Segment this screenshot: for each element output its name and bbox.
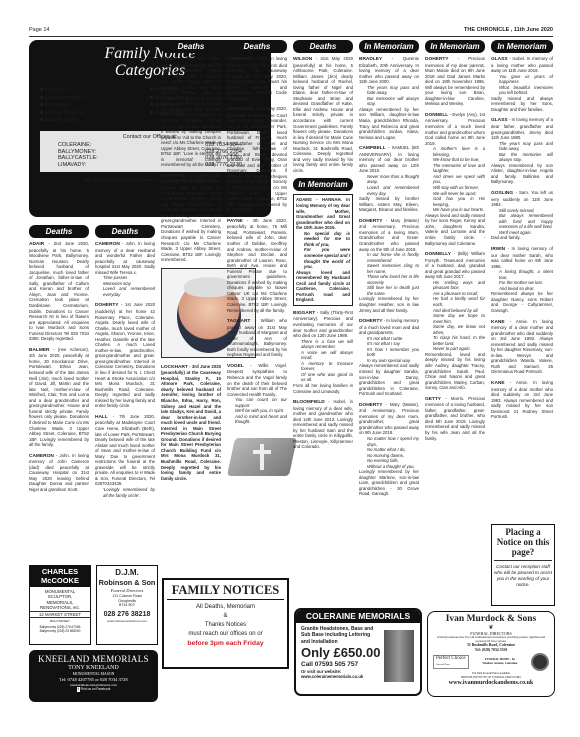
family-notices-line: All Deaths, Memoriam: [167, 603, 284, 612]
notice-text: - 3rd June 2020 (peacefully) at the Caus…: [161, 364, 221, 481]
murdock-website[interactable]: www.ivanmurdockandsons.co.uk: [430, 679, 552, 687]
notice: DOHERTY - Mary (Maisie) 2nd Anniversary.…: [359, 218, 419, 313]
notice-name: HALL: [95, 415, 108, 420]
section-header-deaths: Deaths: [29, 225, 89, 238]
notice-verse: 'Lovingly remembered by all the family c…: [95, 487, 155, 498]
notice: BIGGART - Sally (Thirty-First Anniversar…: [293, 310, 353, 394]
djm-subtitle: Robinson & Son: [97, 578, 157, 587]
adams-memoriam-box: ADAMS - HANNAH. In loving Memory of my d…: [293, 194, 353, 305]
notice-name: BRADLEY: [359, 57, 382, 62]
section-header-deaths: Deaths: [293, 40, 353, 53]
notice-name: ADAMS - HANNAH.: [296, 197, 342, 202]
murdock-title: Ivan Murdock & Sons: [430, 614, 552, 625]
notice: DOHERTY - Precious memories of my dear p…: [425, 56, 485, 107]
notice-text: - Isobel, in loving memory of a dear wif…: [293, 399, 353, 449]
notice-verse: Loved and remembered every day.: [359, 185, 419, 196]
notice-name: ADAIR: [29, 242, 44, 247]
notice: CAMERON - John. In loving memory of John…: [227, 56, 287, 101]
notice-text: - 6th June 2020, peacefully at home, 2a …: [161, 56, 221, 167]
notice-close: Remembered, loved and deeply missed by h…: [425, 352, 485, 390]
notice-name: TAGGART: [227, 319, 250, 324]
notice: LOCKHART - 3rd June 2020 (peacefully) at…: [161, 364, 221, 481]
coleraine-memorials-title: COLERAINE MEMORIALS: [296, 610, 420, 623]
notice: CAMPBELL - SAMUEL (5th ANNIVERSARY). In …: [359, 145, 419, 213]
bifd-crest-icon: [531, 653, 549, 671]
notice-name: CAMERON: [227, 57, 252, 62]
family-notices-body: All Deaths, Memoriam&Thanks Noticesmust …: [167, 600, 284, 639]
notice-name: BALMER: [29, 348, 50, 353]
notice-text: - 1st June 2020 (suddenly) at her home 4…: [95, 302, 155, 408]
notice: GOSLING - Sam. You left us very suddenly…: [491, 190, 553, 241]
notice-verse: God has you in His keeping,: [425, 196, 485, 207]
notice-text: - William who passed away on 31st May 20…: [227, 318, 287, 357]
notice-close: Always remembered and sadly missed by he…: [491, 336, 553, 374]
notice: DONNELL - Evelyn (Avy), 1st Anniversary.…: [425, 112, 485, 246]
notice-name: CAMERON: [29, 454, 54, 459]
notice-text: - 4th June 2020, peacefully at home, 75 …: [227, 218, 287, 313]
mccooke-address: 12 MARKET STREET: [30, 611, 90, 618]
notice-close: Sadly missed by brother William, sisters…: [359, 196, 419, 212]
notice-name: DOHERTY: [95, 303, 118, 308]
murdock-mid-row: Perfect ChoiceFuneral Plans FUNERAL HOME…: [430, 652, 552, 672]
notice-verse: But the memories will always stay.: [491, 152, 553, 163]
notice-text: - 31st May 2020, peacefully at Madelayne…: [227, 106, 287, 212]
notice-text: - John. In loving memory of John Cameron…: [227, 56, 287, 101]
deaths-column-1: Deaths ADAIR - 2nd June 2020, peacefully…: [29, 225, 89, 498]
notice: VOGEL - Willis Vogel. Deepest sympathies…: [227, 363, 287, 425]
kneeland-memorials-ad: KNEELAND MEMORIALS TONY KNEELAND MONUMEN…: [29, 650, 158, 702]
djm-website[interactable]: www.robinsonsofculcrum.com: [97, 619, 157, 623]
mccooke-line: RENOVATIONS, etc.: [30, 605, 90, 610]
memoriam-column-8: In Memoriam GLASS - Isobel. In memory of…: [491, 40, 553, 425]
notice-close: Always remembered by son Alister, daught…: [491, 163, 553, 185]
coleraine-memorials-ad: COLERAINE MEMORIALS Granite Headstones, …: [294, 608, 422, 696]
notice-verse: No special day is needed for me to think…: [296, 231, 350, 248]
notice-verse: A mother's love is a blessing,: [425, 146, 485, 157]
notice-name: DONNELLY: [425, 252, 451, 257]
category-item: Anniversary: [40, 87, 150, 95]
section-header-deaths: Deaths: [161, 40, 221, 53]
notice-verse: In our home she is fondly remembered: [359, 252, 419, 263]
notice-verse: Never more than a thought away,: [359, 174, 419, 185]
ivan-murdock-ad: Ivan Murdock & Sons ❦ FUNERAL DIRECTORS …: [427, 611, 555, 697]
notice-verse: Sweet memories cling to her name,: [359, 263, 419, 274]
memoriam-column-6: In Memoriam BRADLEY - Queenie Elizabeth,…: [359, 40, 419, 502]
office-town: BALLYMONEY:: [58, 149, 96, 156]
bible-icon: [227, 430, 297, 480]
notice-close: Always remembered by her son William, da…: [359, 107, 419, 140]
notice: DOHERTY - In loving memory of a much lov…: [359, 318, 419, 397]
headstone-image: [384, 630, 414, 682]
facebook-label: Find us on Facebook: [81, 687, 111, 691]
notice-verse: Of one who was good to us all.: [293, 372, 353, 383]
placing-notice-box: Placing a Notice on this page? Contact o…: [491, 524, 555, 606]
notice-text: - 2nd June 2020, peacefully at hospital,…: [161, 173, 221, 262]
office-town: COLERAINE:: [58, 142, 91, 149]
notice-verse: There is a face we will always remember,: [293, 339, 353, 350]
notice: CAMERON - John. In loving memory of a de…: [95, 241, 155, 297]
notice-close: Remembered always be her daughter Nancy,…: [491, 291, 553, 313]
notice-name: KERSHAW: [161, 174, 186, 179]
facebook-link[interactable]: f Find us on Facebook: [29, 687, 158, 692]
notice-close: Always remembered and sadly missed by da…: [359, 363, 419, 396]
notice-name: MORRISON: [227, 107, 253, 112]
deaths-column-3: Deaths KELLY - 6th June 2020, peacefully…: [161, 40, 221, 486]
family-notices-title: FAMILY NOTICES: [167, 583, 284, 600]
notice-verse: Some day we hope to meet him,: [425, 313, 485, 324]
notice: BRADLEY - Queenie Elizabeth, 20th Annive…: [359, 56, 419, 140]
notice-name: GOSLING: [491, 191, 513, 196]
notice: GETTY - Morris. Precious memories of a l…: [425, 396, 485, 441]
notice-verse: You can count on our support: [227, 397, 287, 408]
section-header-deaths: Deaths: [227, 40, 287, 53]
notice: KERSHAW - 2nd June 2020, peacefully at h…: [161, 173, 221, 263]
notice-verse: But always remembered with fond and happ…: [491, 213, 553, 230]
notice-verse: The memories of love and laughter,: [425, 163, 485, 174]
perfect-choice-logo: Perfect ChoiceFuneral Plans: [433, 655, 469, 669]
notice: IRWIN - In loving memory of our dear mot…: [491, 246, 553, 314]
placing-notice-body: Contact our reception staff who will be …: [494, 561, 552, 588]
notice-text: - 2nd June 2020, peacefully at his home,…: [29, 241, 89, 341]
notice-verse: But memories will always stay.: [359, 96, 419, 107]
facebook-icon: f: [77, 687, 80, 692]
category-item: Birth Notice: [40, 102, 150, 110]
notice-verse: Loved and remembered everyday: [95, 286, 155, 297]
notice-verse: For you were someone special and I thoug…: [296, 247, 350, 269]
notice-name: PAYNE: [227, 219, 243, 224]
publication-date: THE CHRONICLE , 11th June 2020: [464, 27, 553, 33]
notice: BALMER - (nee Acheson), 4th June 2020, p…: [29, 347, 89, 448]
notice-name: DONNELL: [425, 113, 448, 118]
notice-verse: Some day, we know not when,: [425, 324, 485, 335]
notice: BLOOMFIELD - Isobel, in loving memory of…: [293, 399, 353, 450]
notice-name: DOHERTY: [359, 403, 382, 408]
notice: PAYNE - 4th June 2020, peacefully at hom…: [227, 218, 287, 313]
section-header-deaths: Deaths: [95, 225, 155, 238]
deadline-text: before 3pm each Friday: [167, 639, 284, 648]
category-item: Birthday Memories: [40, 110, 150, 118]
notice: KELLY - 6th June 2020, peacefully at hom…: [161, 56, 221, 168]
family-notices-deadline-ad: FAMILY NOTICES All Deaths, Memoriam&Than…: [162, 578, 289, 669]
notice-close: Dad and family.: [491, 235, 521, 240]
notice-verse: You gave us years of happiness: [491, 74, 553, 85]
category-item: Engagement Notice: [40, 95, 150, 103]
notice-verse: A loving thought, a silent tear,: [491, 269, 553, 280]
notice-text: In loving Memory of my dear wife, Mother…: [296, 197, 350, 230]
office-town: BALLYCASTLE:: [58, 155, 98, 162]
kneeland-name: TONY KNEELAND: [29, 665, 158, 672]
notice-name: DOHERTY: [359, 319, 382, 324]
notice-verse: A voice we will always recall,: [293, 350, 353, 361]
notice: WILSON - 31st May 2020 (peacefully) at h…: [293, 56, 353, 173]
notice-verse: Still love her in death just the same.: [359, 285, 419, 296]
notice-close: Will always be remembered by your loving…: [425, 85, 485, 107]
section-header-memoriam: In Memoriam: [293, 178, 353, 191]
perfect-choice-sub: Funeral Plans: [436, 662, 466, 668]
deaths-memoriam-column-5: Deaths WILSON - 31st May 2020 (peacefull…: [293, 40, 353, 455]
notice-name: GETTY: [425, 397, 441, 402]
notice-close: Always loved and remembered By Husband C…: [296, 270, 350, 303]
murdock-funeral-home: FUNERAL HOME - 8a Windsor Avenue, Colera…: [480, 658, 520, 666]
notice: DOHERTY - 1st June 2020 (suddenly) at he…: [95, 302, 155, 408]
djm-title: D.J.M.: [97, 566, 157, 578]
notice-close: From all her loving families in Colerain…: [293, 383, 353, 394]
notice-name: GLASS: [491, 57, 508, 62]
family-notices-line: &: [167, 612, 284, 621]
notice-verse: His smiling ways and pleasant face,: [425, 280, 485, 291]
category-item: Birthday Wishes: [40, 117, 150, 125]
notice: KANE - Annie. In loving memory of a dear…: [491, 319, 553, 375]
mccooke-details: MONUMENTALSCULPTOR,MEMORIALS,RENOVATIONS…: [30, 587, 90, 633]
family-notices-line: must reach our offices on or: [167, 630, 284, 639]
page-number: Page 14: [29, 27, 50, 33]
notice-verse: A memory to treasure forever,: [293, 361, 353, 372]
notice-name: KANE: [491, 320, 505, 325]
notice-name: VOGEL: [227, 364, 244, 369]
notice: ADAIR - 2nd June 2020, peacefully at his…: [29, 241, 89, 342]
notice-close: Always loved and sadly missed by her son…: [425, 213, 485, 246]
djm-phone: 028 276 38218: [97, 608, 157, 619]
section-header-memoriam: In Memoriam: [491, 40, 553, 53]
mccooke-ad: CHARLESMcCOOKE MONUMENTALSCULPTOR,MEMORI…: [29, 565, 91, 645]
notice-verse: We'll be with you, in spirit: [227, 408, 287, 414]
notice-name: LOCKHART: [161, 365, 188, 370]
notice-name: KELLY: [161, 57, 176, 62]
notice-name: GLASS: [491, 118, 508, 123]
notice-close: Sadly missed and always remembered by he…: [491, 96, 553, 112]
notice-verse: To clasp his hand, In the better land,: [425, 335, 485, 346]
notice: KANE - Annie. In loving memory of a dear…: [491, 380, 553, 420]
notice-name: IRWIN: [491, 247, 505, 252]
placing-notice-title: Placing a Notice on this page?: [494, 527, 552, 561]
notice: TAGGART - William who passed away on 31s…: [227, 318, 287, 358]
notice-verse: No matter how I spend my days,: [359, 436, 419, 447]
murdock-description: A family business free from all multinat…: [430, 636, 552, 643]
djm-robinson-ad: D.J.M. Robinson & Son Funeral Directors …: [96, 565, 158, 645]
deaths-column-4: Deaths CAMERON - John. In loving memory …: [227, 40, 287, 484]
notice-close: Lovingly remembered by her daughter Heat…: [359, 296, 419, 312]
notice-verse: And times we spent with you,: [425, 174, 485, 185]
notice-name: KANE: [491, 381, 505, 386]
notice: CAMERON - John. In loving memory of John…: [29, 453, 89, 493]
notice: GLASS - In loving memory of a dear fathe…: [491, 117, 553, 185]
notice-name: DOHERTY: [425, 57, 448, 62]
notice-name: DOHERTY: [359, 219, 382, 224]
notice-verse: He had a kindly word for each,: [425, 296, 485, 307]
page-header: Page 14 THE CHRONICLE , 11th June 2020: [29, 27, 553, 37]
notice-close: Lovingly remembered by her daughter Marl…: [359, 469, 419, 496]
family-notices-line: Thanks Notices: [167, 621, 284, 630]
notice-verse: The years may pass and fade away,: [359, 85, 419, 96]
djm-address: 121 Culcrum RoadCloughmillsBT44 9DT: [97, 594, 157, 608]
djm-role: Funeral Directors: [97, 587, 157, 594]
section-header-memoriam: In Memoriam: [359, 40, 419, 53]
notice-name: WILSON: [293, 57, 312, 62]
notice: GLASS - Isobel. In memory of a loving mo…: [491, 56, 553, 112]
mccooke-phone: Ballymoney (028) 25 665000: [30, 629, 90, 633]
notice-verse: Those who loved her in life sincerely: [359, 274, 419, 285]
notice-verse: Will stay with us forever,: [425, 185, 485, 191]
mccooke-title-line2: McCOOKE: [30, 577, 90, 586]
memoriam-column-7: In Memoriam DOHERTY - Precious memories …: [425, 40, 485, 446]
section-header-memoriam: In Memoriam: [425, 40, 485, 53]
notice-name: BIGGART: [293, 311, 315, 316]
notice: HALL - 7th June 2020, peacefully at Made…: [95, 414, 155, 498]
deaths-column-2: Deaths CAMERON - John. In loving memory …: [95, 225, 155, 503]
notice-verse: And in mind and heart and thought.: [227, 414, 287, 425]
notice-name: CAMPBELL: [359, 146, 386, 151]
notice-text: - John. In loving memory of John Cameron…: [29, 453, 89, 492]
office-town: LIMAVADY:: [58, 162, 86, 169]
notice-text: - 7th June 2020, peacefully at Madelayne…: [95, 414, 155, 487]
notice: DONNELLY - (Billy) William Forsyth. Trea…: [425, 251, 485, 391]
notice: DOHERTY - Mary (Maisie), 2nd Anniversary…: [359, 402, 419, 497]
mccooke-title: CHARLESMcCOOKE: [30, 566, 90, 587]
notice-name: CAMERON: [95, 242, 120, 247]
notice-text: - 31st May 2020 (peacefully) at his home…: [293, 56, 353, 173]
notice-verse: It's how I remember you both: [359, 347, 419, 358]
notice-name: BLOOMFIELD: [293, 400, 325, 405]
notice-verse: What beautiful memories you left behind.: [491, 85, 553, 96]
notice-text: - (nee Acheson), 4th June 2020, peaceful…: [29, 347, 89, 447]
notice-verse: The years may pass and fade away,: [491, 141, 553, 152]
notice: MORRISON - 31st May 2020, peacefully at …: [227, 106, 287, 212]
kneeland-title: KNEELAND MEMORIALS: [29, 650, 158, 665]
